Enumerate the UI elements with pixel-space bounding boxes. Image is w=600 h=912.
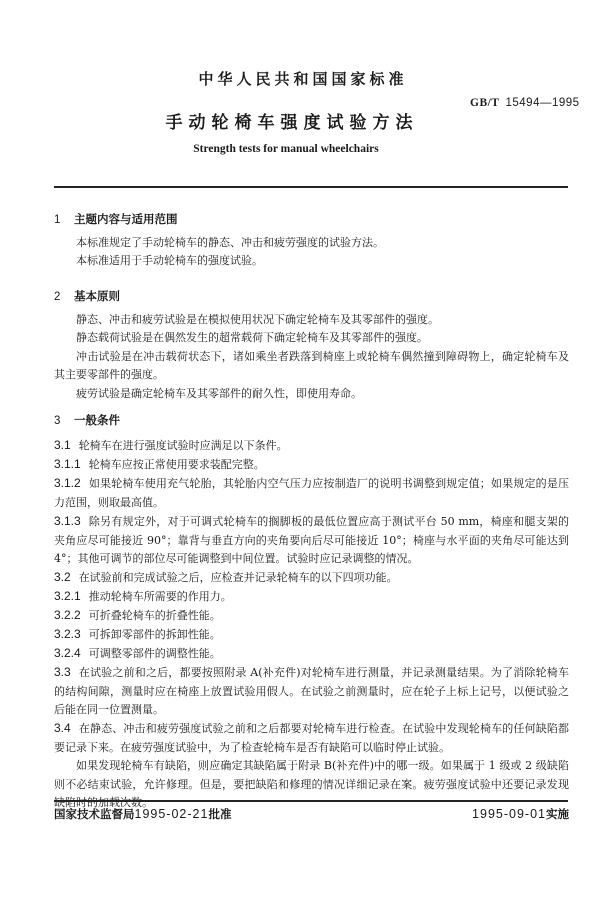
paragraph: 冲击试验是在冲击载荷状态下，诸如乘坐者跌落到椅座上或轮椅车偶然撞到障碍物上，确定…: [54, 348, 569, 385]
clause-3-1-3: 3.1.3除另有规定外，对于可调式轮椅车的搁脚板的最低位置应高于测试平台 50 …: [54, 512, 569, 569]
section-1: 1主题内容与适用范围 本标准规定了手动轮椅车的静态、冲击和疲劳强度的试验方法。 …: [54, 210, 569, 271]
paragraph: 本标准规定了手动轮椅车的静态、冲击和疲劳强度的试验方法。: [54, 234, 569, 253]
paragraph: 静态载荷试验是在偶然发生的超常载荷下确定轮椅车及其零部件的强度。: [54, 329, 569, 348]
section-heading: 2基本原则: [54, 287, 569, 307]
paragraph: 本标准适用于手动轮椅车的强度试验。: [54, 252, 569, 271]
section-heading: 3一般条件: [54, 411, 569, 431]
header-divider: [54, 186, 568, 188]
clause-3-2-1: 3.2.1推动轮椅车所需要的作用力。: [54, 587, 569, 607]
approved-by: 国家技术监督局: [54, 807, 135, 821]
approved-date: 1995-02-21: [135, 807, 209, 821]
effective-date: 1995-09-01: [472, 807, 546, 821]
document-title-cn: 手动轮椅车强度试验方法: [0, 108, 600, 133]
clause-3-2-3: 3.2.3可拆卸零部件的拆卸性能。: [54, 625, 569, 645]
effective-info: 1995-09-01实施: [472, 806, 569, 822]
clause-3-2-4: 3.2.4可调整零部件的调整性能。: [54, 644, 569, 664]
paragraph: 静态、冲击和疲劳试验是在模拟使用状况下确定轮椅车及其零部件的强度。: [54, 311, 569, 330]
clause-3-1: 3.1轮椅车在进行强度试验时应满足以下条件。: [54, 436, 569, 456]
section-heading: 1主题内容与适用范围: [54, 210, 569, 230]
approval-info: 国家技术监督局1995-02-21批准: [54, 806, 231, 822]
clause-3-2: 3.2在试验前和完成试验之后，应检查并记录轮椅车的以下四项功能。: [54, 568, 569, 588]
standard-organization: 中华人民共和国国家标准: [0, 68, 600, 89]
clause-3-4: 3.4在静态、冲击和疲劳强度试验之前和之后都要对轮椅车进行检查。在试验中发现轮椅…: [54, 719, 569, 757]
clause-3-2-2: 3.2.2可折叠轮椅车的折叠性能。: [54, 606, 569, 626]
section-3: 3一般条件: [54, 411, 569, 431]
section-2: 2基本原则 静态、冲击和疲劳试验是在模拟使用状况下确定轮椅车及其零部件的强度。 …: [54, 287, 569, 404]
clause-3-3: 3.3在试验之前和之后，都要按照附录 A(补充件)对轮椅车进行测量，并记录测量结…: [54, 663, 569, 720]
clause-3-1-1: 3.1.1轮椅车应按正常使用要求装配完整。: [54, 455, 569, 475]
clause-3-1-2: 3.1.2如果轮椅车使用充气轮胎，其轮胎内空气压力应按制造厂的说明书调整到规定值…: [54, 474, 569, 512]
clause-3-4-continuation: 如果发现轮椅车有缺陷，则应确定其缺陷属于附录 B(补充件)中的哪一级。如果属于 …: [54, 757, 569, 813]
document-title-en: Strength tests for manual wheelchairs: [0, 143, 600, 155]
effective-suffix: 实施: [546, 807, 569, 821]
paragraph: 疲劳试验是确定轮椅车及其零部件的耐久性，即使用寿命。: [54, 385, 569, 404]
approved-suffix: 批准: [208, 807, 231, 821]
footer-divider: [54, 800, 568, 802]
